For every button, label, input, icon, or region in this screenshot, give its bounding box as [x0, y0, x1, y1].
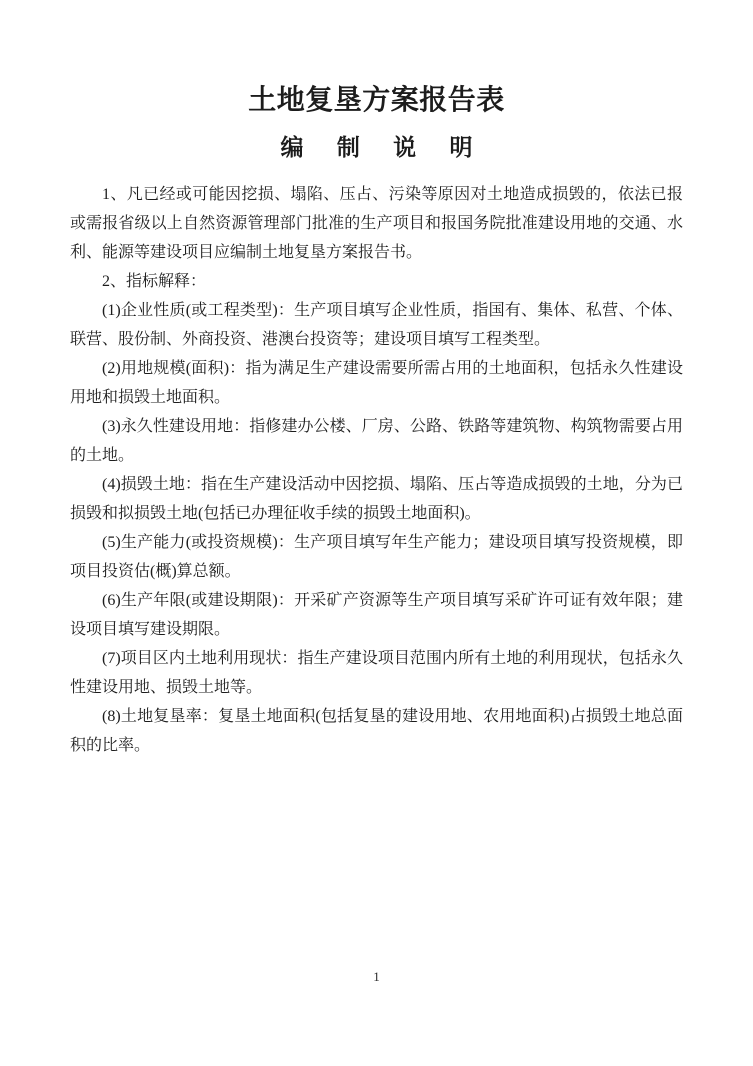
document-title: 土地复垦方案报告表 — [70, 82, 683, 120]
page-number: 1 — [0, 969, 753, 985]
paragraph-item-5: (5)生产能力(或投资规模)：生产项目填写年生产能力；建设项目填写投资规模，即项… — [70, 528, 683, 586]
paragraph-item-6: (6)生产年限(或建设期限)：开采矿产资源等生产项目填写采矿许可证有效年限；建设… — [70, 586, 683, 644]
paragraph-item-8: (8)土地复垦率：复垦土地面积(包括复垦的建设用地、农用地面积)占损毁土地总面积… — [70, 702, 683, 760]
document-body: 1、凡已经或可能因挖损、塌陷、压占、污染等原因对土地造成损毁的，依法已报或需报省… — [70, 180, 683, 760]
paragraph-item-3: (3)永久性建设用地：指修建办公楼、厂房、公路、铁路等建筑物、构筑物需要占用的土… — [70, 412, 683, 470]
paragraph-indicators-heading: 2、指标解释： — [70, 267, 683, 296]
paragraph-intro: 1、凡已经或可能因挖损、塌陷、压占、污染等原因对土地造成损毁的，依法已报或需报省… — [70, 180, 683, 267]
document-subtitle: 编制说明 — [70, 133, 683, 163]
paragraph-item-2: (2)用地规模(面积)：指为满足生产建设需要所需占用的土地面积，包括永久性建设用… — [70, 354, 683, 412]
paragraph-item-4: (4)损毁土地：指在生产建设活动中因挖损、塌陷、压占等造成损毁的土地，分为已损毁… — [70, 470, 683, 528]
paragraph-item-1: (1)企业性质(或工程类型)：生产项目填写企业性质，指国有、集体、私营、个体、联… — [70, 296, 683, 354]
paragraph-item-7: (7)项目区内土地利用现状：指生产建设项目范围内所有土地的利用现状，包括永久性建… — [70, 644, 683, 702]
document-page: 土地复垦方案报告表 编制说明 1、凡已经或可能因挖损、塌陷、压占、污染等原因对土… — [0, 0, 753, 1066]
